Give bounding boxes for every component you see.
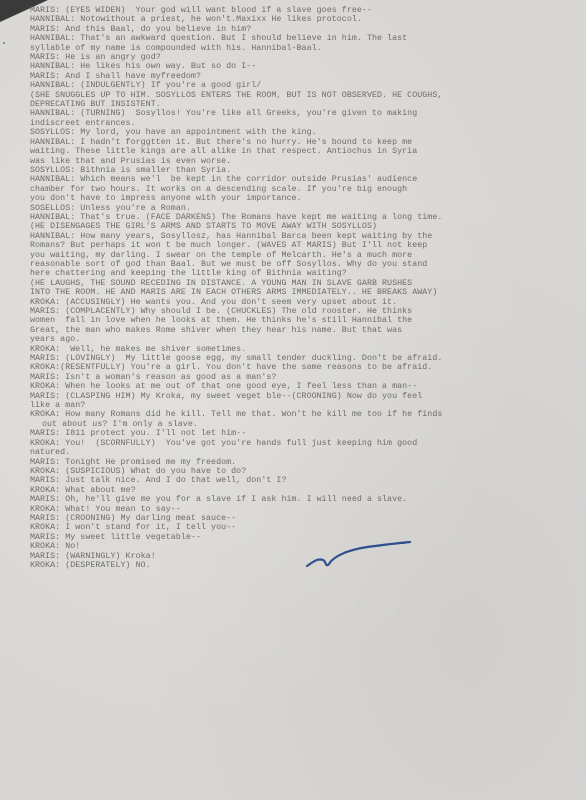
script-line: HANNIBAL: That's an awkward question. Bu… [30,34,586,43]
script-line: years ago. [30,335,586,344]
script-line: SOSYLLOS: Bithnia is smaller than Syria. [30,166,586,175]
script-line: INTO THE ROOM. HE AND MARIS ARE IN EACH … [30,288,586,297]
script-line: KROKA: What about me? [30,486,586,495]
script-line: HANNIBAL: Notowithout a priest, he won't… [30,15,586,24]
script-line: HANNIBAL: Which means we'l be kept in th… [30,175,586,184]
script-line: HANNIBAL: I hadn't forggtten it. But the… [30,138,586,147]
script-line: Romans? But perhaps it won t be much lon… [30,241,586,250]
script-line: MARIS: Isn't a woman's reason as good as… [30,373,586,382]
script-line: HANNIBAL: That's true. (FACE DARKENS) Th… [30,213,586,222]
script-line: KROKA: You! (SCORNFULLY) You've got you'… [30,439,586,448]
script-line: you don't have to impress anyone with yo… [30,194,586,203]
script-line: MARIS: Tonight He promised me my freedom… [30,458,586,467]
script-line: MARIS: And I shall have myfreedom? [30,72,586,81]
script-line: KROKA:(RESENTFULLY) You're a girl. You d… [30,363,586,372]
script-line: out about us? I'm only a slave. [30,420,586,429]
script-line: HANNIBAL: (TURNING) Sosyllos! You're lik… [30,109,586,118]
script-line: syllable of my name is compounded with h… [30,44,586,53]
script-line: KROKA: Well, he makes me shiver sometime… [30,345,586,354]
script-line: KROKA: When he looks at me out of that o… [30,382,586,391]
script-line: (HE LAUGHS, THE SOUND RECEDING IN DISTAN… [30,279,586,288]
script-line: KROKA: How many Romans did he kill. Tell… [30,410,586,419]
script-line: (SHE SNUGGLES UP TO HIM. SOSYLLOS ENTERS… [30,91,586,100]
script-line: MARIS: Oh, he'll give me you for a slave… [30,495,586,504]
script-line: you waiting, my darling. I swear on the … [30,251,586,260]
punch-mark [3,42,5,44]
pen-annotation-icon [305,540,415,570]
script-line: MARIS: (EYES WIDEN) Your god will want b… [30,6,586,15]
script-line: MARIS: And this Baal, do you believe in … [30,25,586,34]
scanned-page: MARIS: (EYES WIDEN) Your god will want b… [0,0,586,800]
script-text-body: MARIS: (EYES WIDEN) Your god will want b… [30,6,586,570]
script-line: natured. [30,448,586,457]
script-line: (HE DISENGAGES THE GIRL'S ARMS AND START… [30,222,586,231]
script-line: MARIS: (COMPLACENTLY) Why should I be. (… [30,307,586,316]
script-line: MARIS: I811 protect you. I'll not let hi… [30,429,586,438]
script-line: MARIS: (CLASPING HIM) My Kroka, my sweet… [30,392,586,401]
script-line: chamber for two hours. It works on a des… [30,185,586,194]
script-line: here chattering and keeping the little k… [30,269,586,278]
script-line: MARIS: (CROONING) My darling meat sauce-… [30,514,586,523]
script-line: KROKA: I won't stand for it, I tell you-… [30,523,586,532]
script-line: KROKA: What! You mean to say-- [30,505,586,514]
script-line: MARIS: Just talk nice. And I do that wel… [30,476,586,485]
script-line: HANNIBAL: He likes his own way. But so d… [30,62,586,71]
script-line: Great, the man who makes Rome shiver whe… [30,326,586,335]
script-line: reasonable sort of god than Baal. But we… [30,260,586,269]
script-line: indiscreet entrances. [30,119,586,128]
script-line: HANNIBAL: (INDULGENTLY) If you're a good… [30,81,586,90]
script-line: HANNIBAL: How many years, Sosyllosz, has… [30,232,586,241]
script-line: KROKA: (SUSPICIOUS) What do you have to … [30,467,586,476]
script-line: SOSYLLOS: My lord, you have an appointme… [30,128,586,137]
script-line: was like that and Prusias is even worse. [30,157,586,166]
script-line: KROKA: (ACCUSINGLY) He wants you. And yo… [30,298,586,307]
script-line: SOSELLOS: Unless you're a Roman. [30,204,586,213]
script-line: waiting. These little kings are all alik… [30,147,586,156]
script-line: women fall in love when he looks at them… [30,316,586,325]
